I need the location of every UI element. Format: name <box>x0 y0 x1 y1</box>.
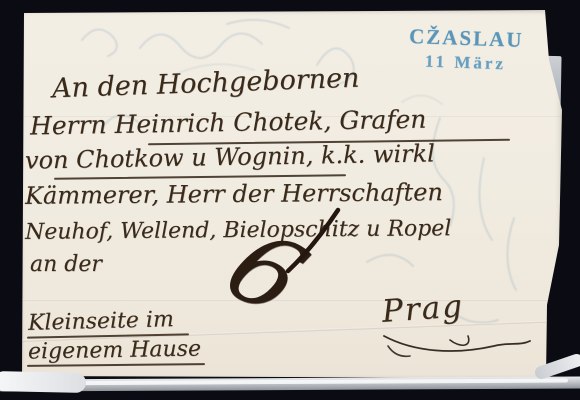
ink-flourishes <box>22 10 562 378</box>
photo-background: CŽASLAU 11 März An den Hochgebornen Herr… <box>0 0 580 400</box>
letter-paper: CŽASLAU 11 März An den Hochgebornen Herr… <box>22 10 562 378</box>
sleeve-corner-left-glint <box>0 371 86 393</box>
